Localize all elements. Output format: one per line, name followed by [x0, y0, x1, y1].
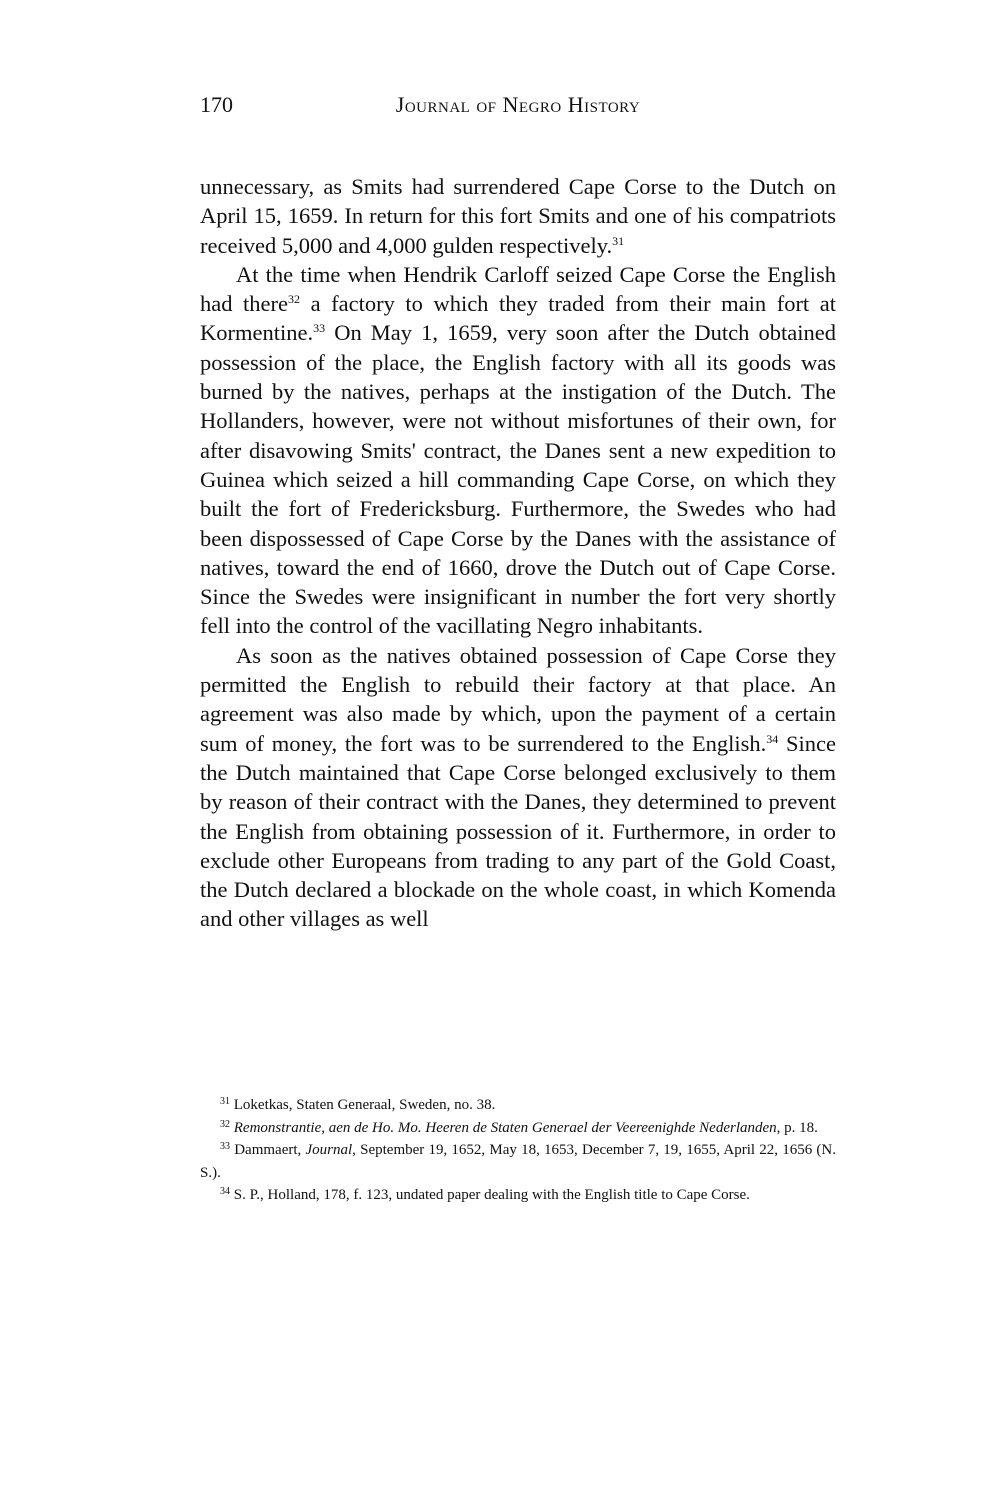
text-run: As soon as the natives obtained possessi…	[200, 643, 836, 756]
paragraph: unnecessary, as Smits had surrendered Ca…	[200, 172, 836, 260]
paragraph: At the time when Hendrik Carloff seized …	[200, 260, 836, 641]
footnote-number: 33	[220, 1141, 230, 1152]
text-run: Since the Dutch maintained that Cape Cor…	[200, 731, 836, 932]
footnote-ref: 31	[612, 234, 624, 248]
footnote-number: 31	[220, 1096, 230, 1107]
page-header: 170 Journal of Negro History	[200, 92, 836, 122]
footnote-number: 34	[220, 1186, 230, 1197]
footnote: 32 Remonstrantie, aen de Ho. Mo. Heeren …	[200, 1117, 836, 1140]
text-run: unnecessary, as Smits had surrendered Ca…	[200, 174, 836, 258]
footnotes: 31 Loketkas, Staten Generaal, Sweden, no…	[200, 1094, 836, 1207]
footnote-ref: 34	[766, 732, 778, 746]
running-title: Journal of Negro History	[200, 92, 836, 118]
text-run: , p. 18.	[777, 1120, 818, 1136]
footnote-ref: 32	[288, 292, 300, 306]
footnote: 33 Dammaert, Journal, September 19, 1652…	[200, 1139, 836, 1184]
text-run: Dammaert,	[230, 1142, 305, 1158]
body-text: unnecessary, as Smits had surrendered Ca…	[200, 172, 836, 934]
text-run: On May 1, 1659, very soon after the Dutc…	[200, 320, 836, 638]
italic-text: Remonstrantie, aen de Ho. Mo. Heeren de …	[230, 1120, 777, 1136]
footnote-number: 32	[220, 1119, 230, 1130]
paragraph: As soon as the natives obtained possessi…	[200, 641, 836, 934]
footnote: 31 Loketkas, Staten Generaal, Sweden, no…	[200, 1094, 836, 1117]
italic-text: Journal	[305, 1142, 352, 1158]
footnote-ref: 33	[313, 321, 325, 335]
footnote: 34 S. P., Holland, 178, f. 123, undated …	[200, 1184, 836, 1207]
text-run: S. P., Holland, 178, f. 123, undated pap…	[230, 1187, 750, 1203]
text-run: Loketkas, Staten Generaal, Sweden, no. 3…	[230, 1097, 495, 1113]
